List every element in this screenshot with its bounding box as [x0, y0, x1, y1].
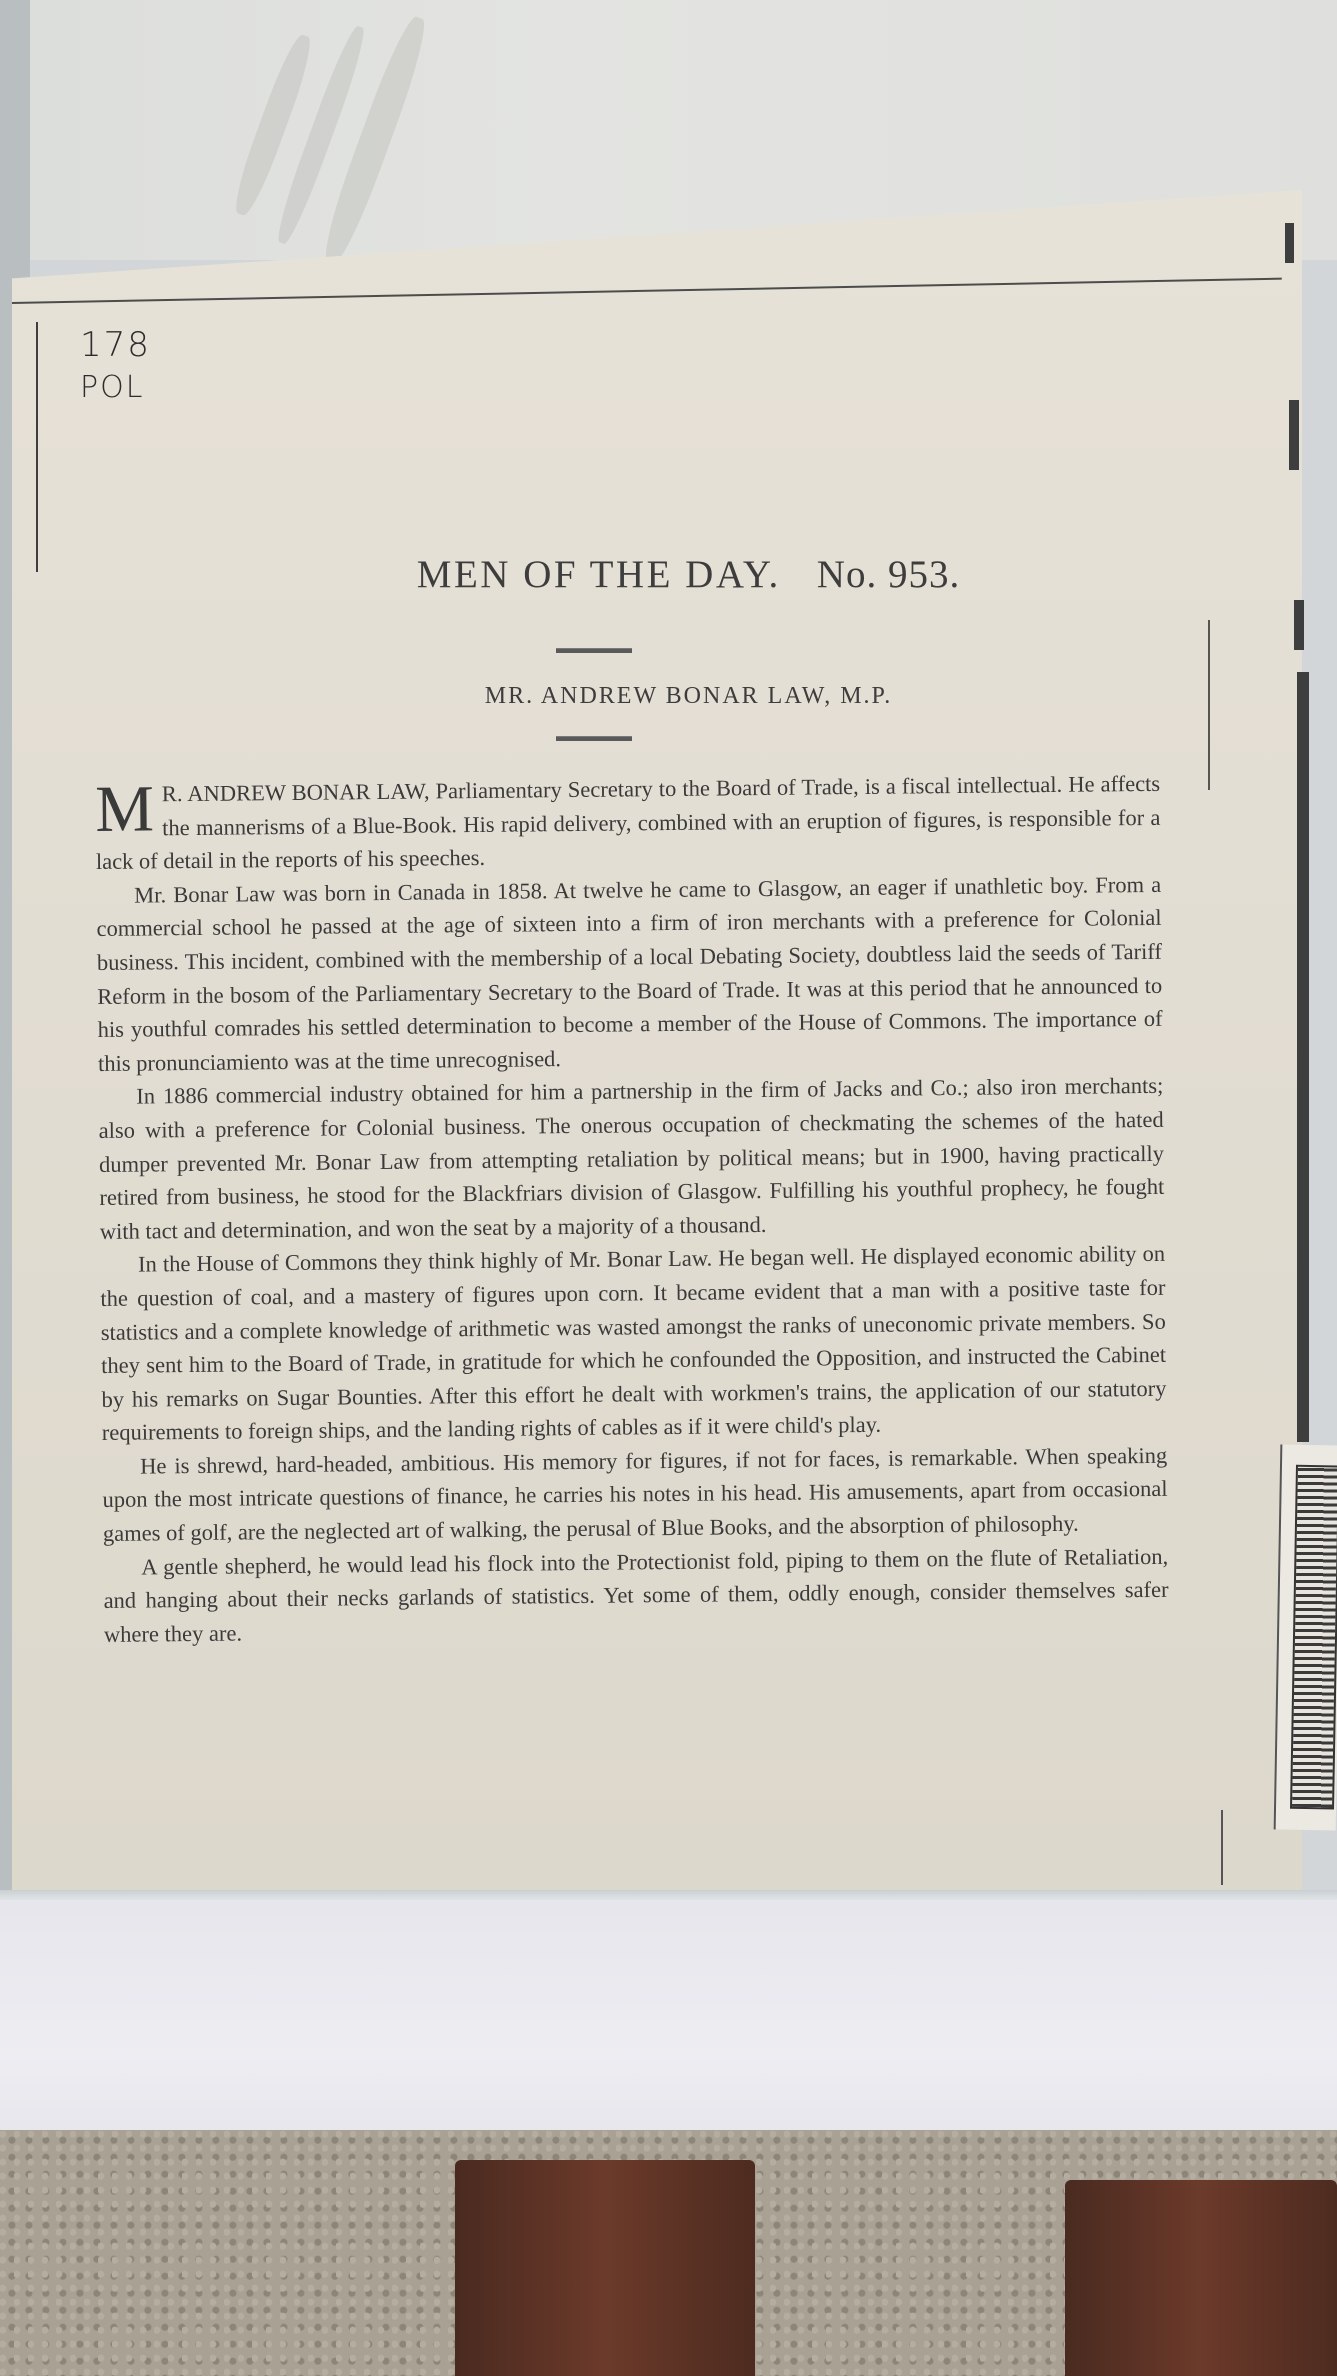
- clipping-left-rule: [36, 322, 38, 572]
- page-title: MEN OF THE DAY.No. 953.: [0, 552, 1337, 597]
- paragraph: In 1886 commercial industry obtained for…: [98, 1069, 1165, 1248]
- ornamental-border-pattern: [1290, 1465, 1337, 1810]
- clipping-right-rule-lower: [1221, 1810, 1223, 1885]
- title-divider: [556, 648, 632, 653]
- handwritten-category-code: POL: [80, 370, 144, 405]
- adjacent-clipping-border: [1297, 672, 1309, 1442]
- torn-edge-mark: [1289, 400, 1299, 470]
- paragraph: A gentle shepherd, he would lead his flo…: [103, 1539, 1169, 1651]
- article-body: MR. ANDREW BONAR LAW, Parliamentary Secr…: [95, 767, 1169, 1652]
- series-title: MEN OF THE DAY.: [417, 553, 781, 596]
- torn-edge-mark: [1294, 600, 1304, 650]
- issue-number: No. 953.: [817, 553, 960, 596]
- paragraph: In the House of Commons they think highl…: [100, 1237, 1167, 1450]
- foot-right: [1065, 2180, 1337, 2376]
- article-subject: MR. ANDREW BONAR LAW, M.P.: [0, 683, 1337, 710]
- white-board: [0, 1900, 1337, 2160]
- drop-cap: M: [95, 781, 154, 838]
- paragraph: MR. ANDREW BONAR LAW, Parliamentary Secr…: [95, 767, 1161, 879]
- handwritten-catalog-number: 178: [80, 325, 151, 365]
- foot-left: [455, 2160, 755, 2376]
- paragraph: Mr. Bonar Law was born in Canada in 1858…: [96, 868, 1163, 1081]
- adjacent-stamp-border: [1274, 1444, 1337, 1830]
- torn-edge-mark: [1285, 223, 1294, 263]
- subject-divider: [556, 736, 632, 741]
- paragraph: He is shrewd, hard-headed, ambitious. Hi…: [102, 1439, 1168, 1551]
